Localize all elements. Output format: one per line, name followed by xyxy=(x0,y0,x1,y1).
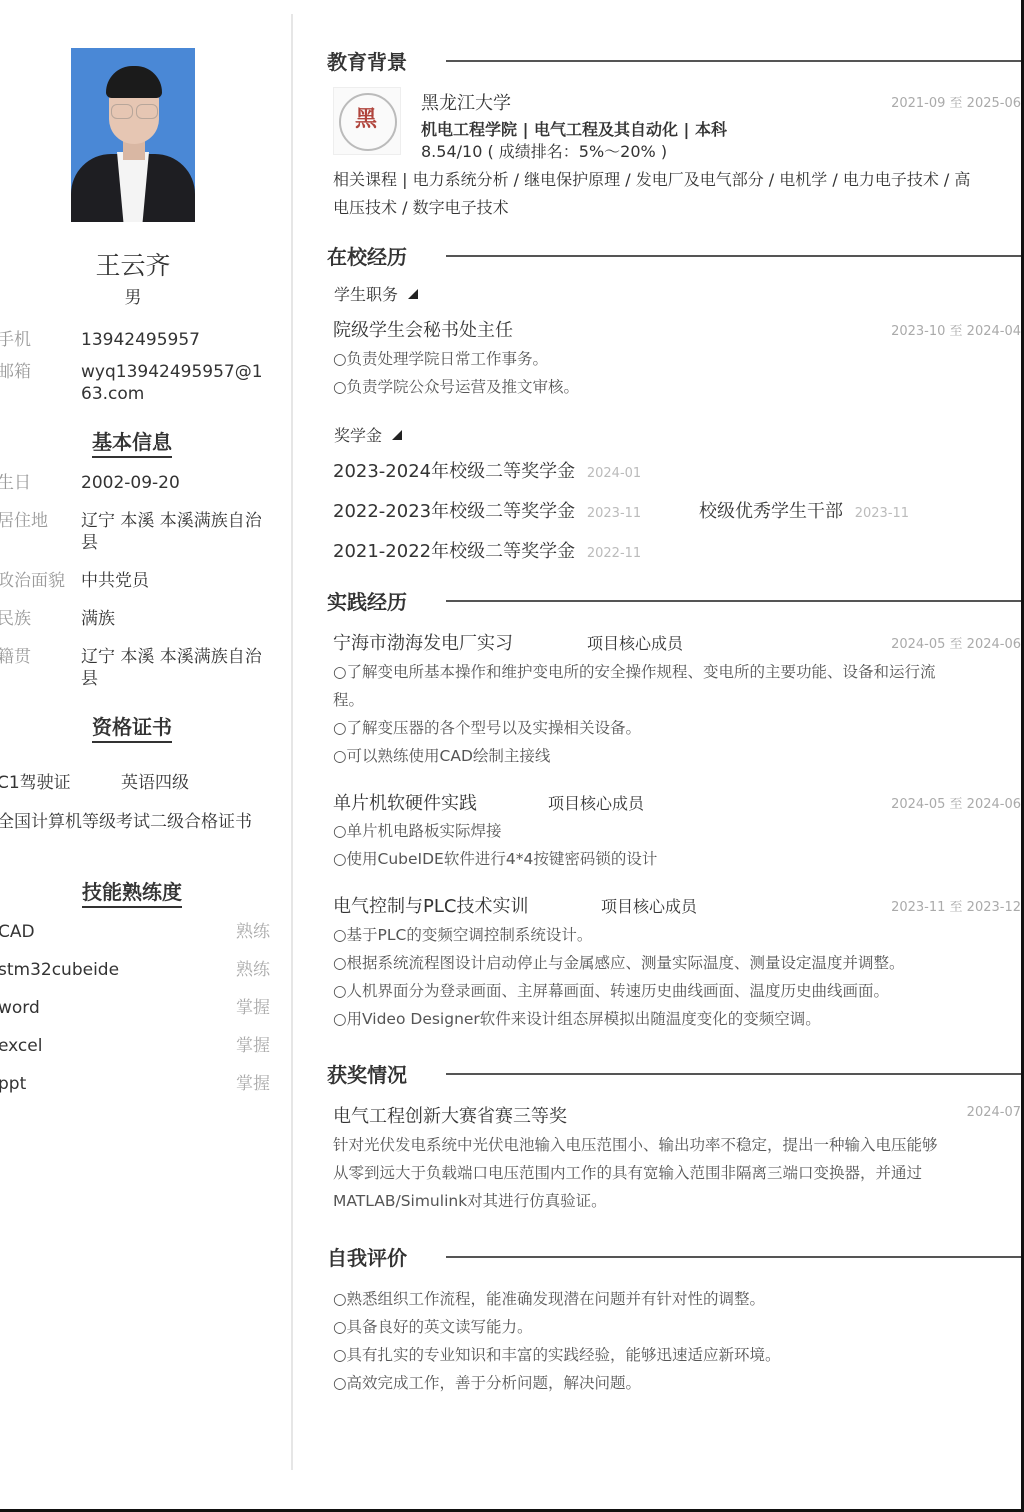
school-name: 黑龙江大学 xyxy=(421,89,511,115)
self-eval-bullet: ○具备良好的英文读写能力。 xyxy=(333,1315,533,1337)
project-bullet: ○了解变压器的各个型号以及实操相关设备。 xyxy=(333,716,641,738)
education-section-header: 教育背景 xyxy=(327,46,1024,76)
scholarship-item: 2023-2024年校级二等奖学金 2024-01 xyxy=(333,457,641,483)
duty-bullet: ○负责处理学院日常工作事务。 xyxy=(333,347,548,369)
project-date: 2024-05 至 2024-06 xyxy=(891,793,1021,812)
phone-value: 13942495957 xyxy=(81,329,263,351)
project-name: 电气控制与PLC技术实训 xyxy=(333,892,528,918)
award-desc: 从零到远大于负载端口电压范围内工作的具有宽输入范围非隔离三端口变换器，并通过 xyxy=(333,1161,922,1183)
scholarship-item: 2022-2023年校级二等奖学金 2023-11 xyxy=(333,497,641,523)
award-desc: 针对光伏发电系统中光伏电池输入电压范围小、输出功率不稳定，提出一种输入电压能够 xyxy=(333,1133,938,1155)
project-bullet: ○根据系统流程图设计启动停止与金属感应、测量实际温度、测量设定温度并调整。 xyxy=(333,951,905,973)
duty-role: 院级学生会秘书处主任 xyxy=(333,316,513,342)
awards-section-header: 获奖情况 xyxy=(327,1059,1024,1089)
award-desc: MATLAB/Simulink对其进行仿真验证。 xyxy=(333,1189,607,1211)
self-eval-bullet: ○高效完成工作，善于分析问题，解决问题。 xyxy=(333,1371,641,1393)
duty-bullet: ○负责学院公众号运营及推文审核。 xyxy=(333,375,579,397)
candidate-gender: 男 xyxy=(0,283,266,308)
project-role: 项目核心成员 xyxy=(601,894,697,917)
project-bullet: ○基于PLC的变频空调控制系统设计。 xyxy=(333,923,592,945)
self-eval-bullet: ○具有扎实的专业知识和丰富的实践经验，能够迅速适应新环境。 xyxy=(333,1343,781,1365)
cert-item: 英语四级 xyxy=(121,772,189,794)
email-value: wyq13942495957@163.com xyxy=(81,361,263,405)
skills-title: 技能熟练度 xyxy=(0,876,264,908)
email-label: 邮箱 xyxy=(0,361,69,383)
project-name: 宁海市渤海发电厂实习 xyxy=(333,629,513,655)
triangle-icon xyxy=(392,430,402,440)
scholarship-label: 奖学金 xyxy=(334,423,402,446)
certificates-title: 资格证书 xyxy=(0,711,264,743)
project-bullet: ○使用CubeIDE软件进行4*4按键密码锁的设计 xyxy=(333,847,657,869)
project-bullet: ○可以熟练使用CAD绘制主接线 xyxy=(333,744,550,766)
project-bullet: ○人机界面分为登录画面、主屏幕画面、转速历史曲线画面、温度历史曲线画面。 xyxy=(333,979,889,1001)
column-divider xyxy=(291,14,293,1470)
project-bullet: ○了解变电所基本操作和维护变电所的安全操作规程、变电所的主要功能、设备和运行流 xyxy=(333,660,936,682)
student-duty-label: 学生职务 xyxy=(334,282,418,305)
courses-line-1: 相关课程 | 电力系统分析 / 继电保护原理 / 发电厂及电气部分 / 电机学 … xyxy=(333,167,970,190)
project-name: 单片机软硬件实践 xyxy=(333,789,477,815)
courses-line-2: 电压技术 / 数字电子技术 xyxy=(333,195,509,218)
project-date: 2024-05 至 2024-06 xyxy=(891,633,1021,652)
basic-info-title: 基本信息 xyxy=(0,426,264,458)
project-bullet: ○单片机电路板实际焊接 xyxy=(333,819,502,841)
triangle-icon xyxy=(408,289,418,299)
campus-section-header: 在校经历 xyxy=(327,241,1024,271)
scholarship-item: 2021-2022年校级二等奖学金 2022-11 xyxy=(333,537,641,563)
cert-item: 全国计算机等级考试二级合格证书 xyxy=(0,811,259,833)
project-bullet: 程。 xyxy=(333,688,364,710)
major-line: 机电工程学院 | 电气工程及其自动化 | 本科 xyxy=(421,117,727,140)
project-date: 2023-11 至 2023-12 xyxy=(891,896,1021,915)
profile-photo xyxy=(71,48,195,222)
cert-item: C1驾驶证 xyxy=(0,772,71,794)
duty-date: 2023-10 至 2024-04 xyxy=(891,320,1021,339)
university-logo: 黑 xyxy=(333,87,401,155)
gpa-line: 8.54/10 ( 成绩排名：5%～20% ) xyxy=(421,139,667,162)
award-date: 2024-07 xyxy=(967,1105,1021,1120)
scholarship-item: 校级优秀学生干部 2023-11 xyxy=(699,497,909,523)
self-eval-bullet: ○熟悉组织工作流程，能准确发现潜在问题并有针对性的调整。 xyxy=(333,1287,765,1309)
phone-label: 手机 xyxy=(0,329,69,351)
project-bullet: ○用Video Designer软件来设计组态屏模拟出随温度变化的变频空调。 xyxy=(333,1007,821,1029)
self-eval-section-header: 自我评价 xyxy=(327,1242,1024,1272)
practice-section-header: 实践经历 xyxy=(327,586,1024,616)
education-date: 2021-09 至 2025-06 xyxy=(891,92,1021,111)
project-role: 项目核心成员 xyxy=(587,631,683,654)
award-name: 电气工程创新大赛省赛三等奖 xyxy=(333,1102,567,1128)
project-role: 项目核心成员 xyxy=(548,791,644,814)
candidate-name: 王云齐 xyxy=(0,246,266,282)
